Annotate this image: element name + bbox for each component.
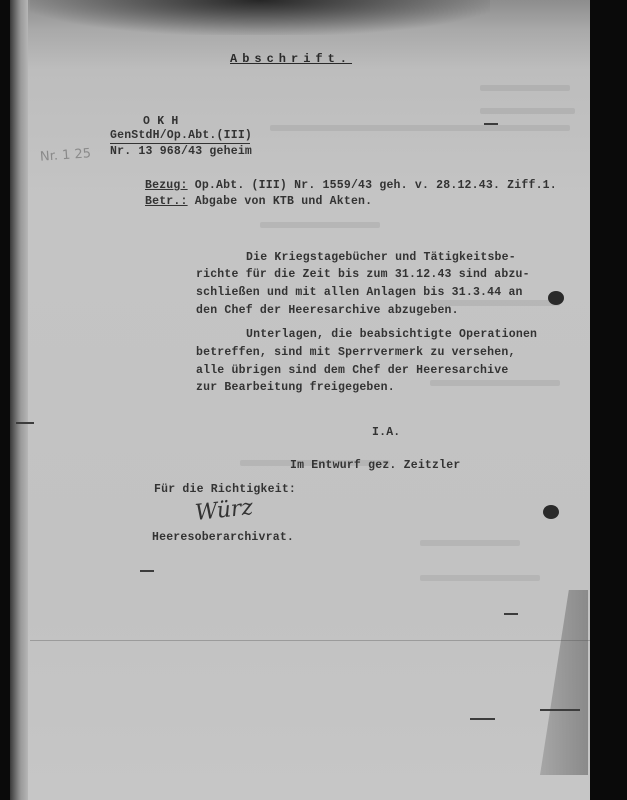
paragraph-1-line-4: den Chef der Heeresarchive abzugeben.	[196, 303, 459, 319]
stray-mark	[504, 613, 518, 615]
closing-signed-by: Im Entwurf gez. Zeitzler	[290, 458, 460, 474]
betr-text: Abgabe von KTB und Akten.	[195, 195, 373, 208]
closing-ia: I.A.	[372, 425, 400, 441]
paragraph-2-line-3: alle übrigen sind dem Chef der Heeresarc…	[196, 363, 508, 379]
stray-mark	[470, 718, 495, 720]
header-department: GenStdH/Op.Abt.(III)	[110, 128, 252, 144]
signer-title: Heeresoberarchivrat.	[152, 530, 294, 546]
scan-line	[30, 640, 590, 641]
bezug-line: Bezug: Op.Abt. (III) Nr. 1559/43 geh. v.…	[145, 178, 557, 194]
bezug-label: Bezug:	[145, 179, 188, 192]
paragraph-1-line-1: Die Kriegstagebücher und Tätigkeitsbe-	[246, 250, 516, 266]
certification-label: Für die Richtigkeit:	[154, 482, 296, 498]
paragraph-2-line-1: Unterlagen, die beabsichtigte Operatione…	[246, 327, 537, 343]
bleed-through-text	[420, 540, 520, 546]
handwritten-signature: Würz	[194, 495, 254, 526]
stray-mark	[540, 709, 580, 711]
bezug-text: Op.Abt. (III) Nr. 1559/43 geh. v. 28.12.…	[195, 179, 557, 192]
page-edge-shadow	[10, 0, 28, 800]
bleed-through-text	[430, 380, 560, 386]
paragraph-2-line-4: zur Bearbeitung freigegeben.	[196, 380, 395, 396]
top-scan-shadow	[30, 0, 490, 35]
bleed-through-text	[420, 575, 540, 581]
betr-label: Betr.:	[145, 195, 188, 208]
scanned-document-page: Nr. 1 25 Abschrift. O K H GenStdH/Op.Abt…	[10, 0, 590, 800]
paragraph-1-line-3: schließen und mit allen Anlagen bis 31.3…	[196, 285, 523, 301]
punch-hole	[543, 505, 559, 519]
punch-hole	[548, 291, 564, 305]
header-reference-number: Nr. 13 968/43 geheim	[110, 143, 250, 160]
paragraph-1-line-2: richte für die Zeit bis zum 31.12.43 sin…	[196, 267, 530, 283]
betr-line: Betr.: Abgabe von KTB und Akten.	[145, 194, 372, 210]
bleed-through-text	[480, 85, 570, 91]
bleed-through-text	[270, 125, 570, 131]
faint-margin-mark: Nr. 1 25	[40, 146, 92, 165]
bleed-through-text	[480, 108, 575, 114]
bleed-through-text	[260, 222, 380, 228]
document-title: Abschrift.	[230, 52, 352, 66]
stray-mark	[484, 123, 498, 125]
folded-corner	[540, 590, 588, 775]
stray-mark	[140, 570, 154, 572]
paragraph-2-line-2: betreffen, sind mit Sperrvermerk zu vers…	[196, 345, 516, 361]
stray-mark	[16, 422, 34, 424]
